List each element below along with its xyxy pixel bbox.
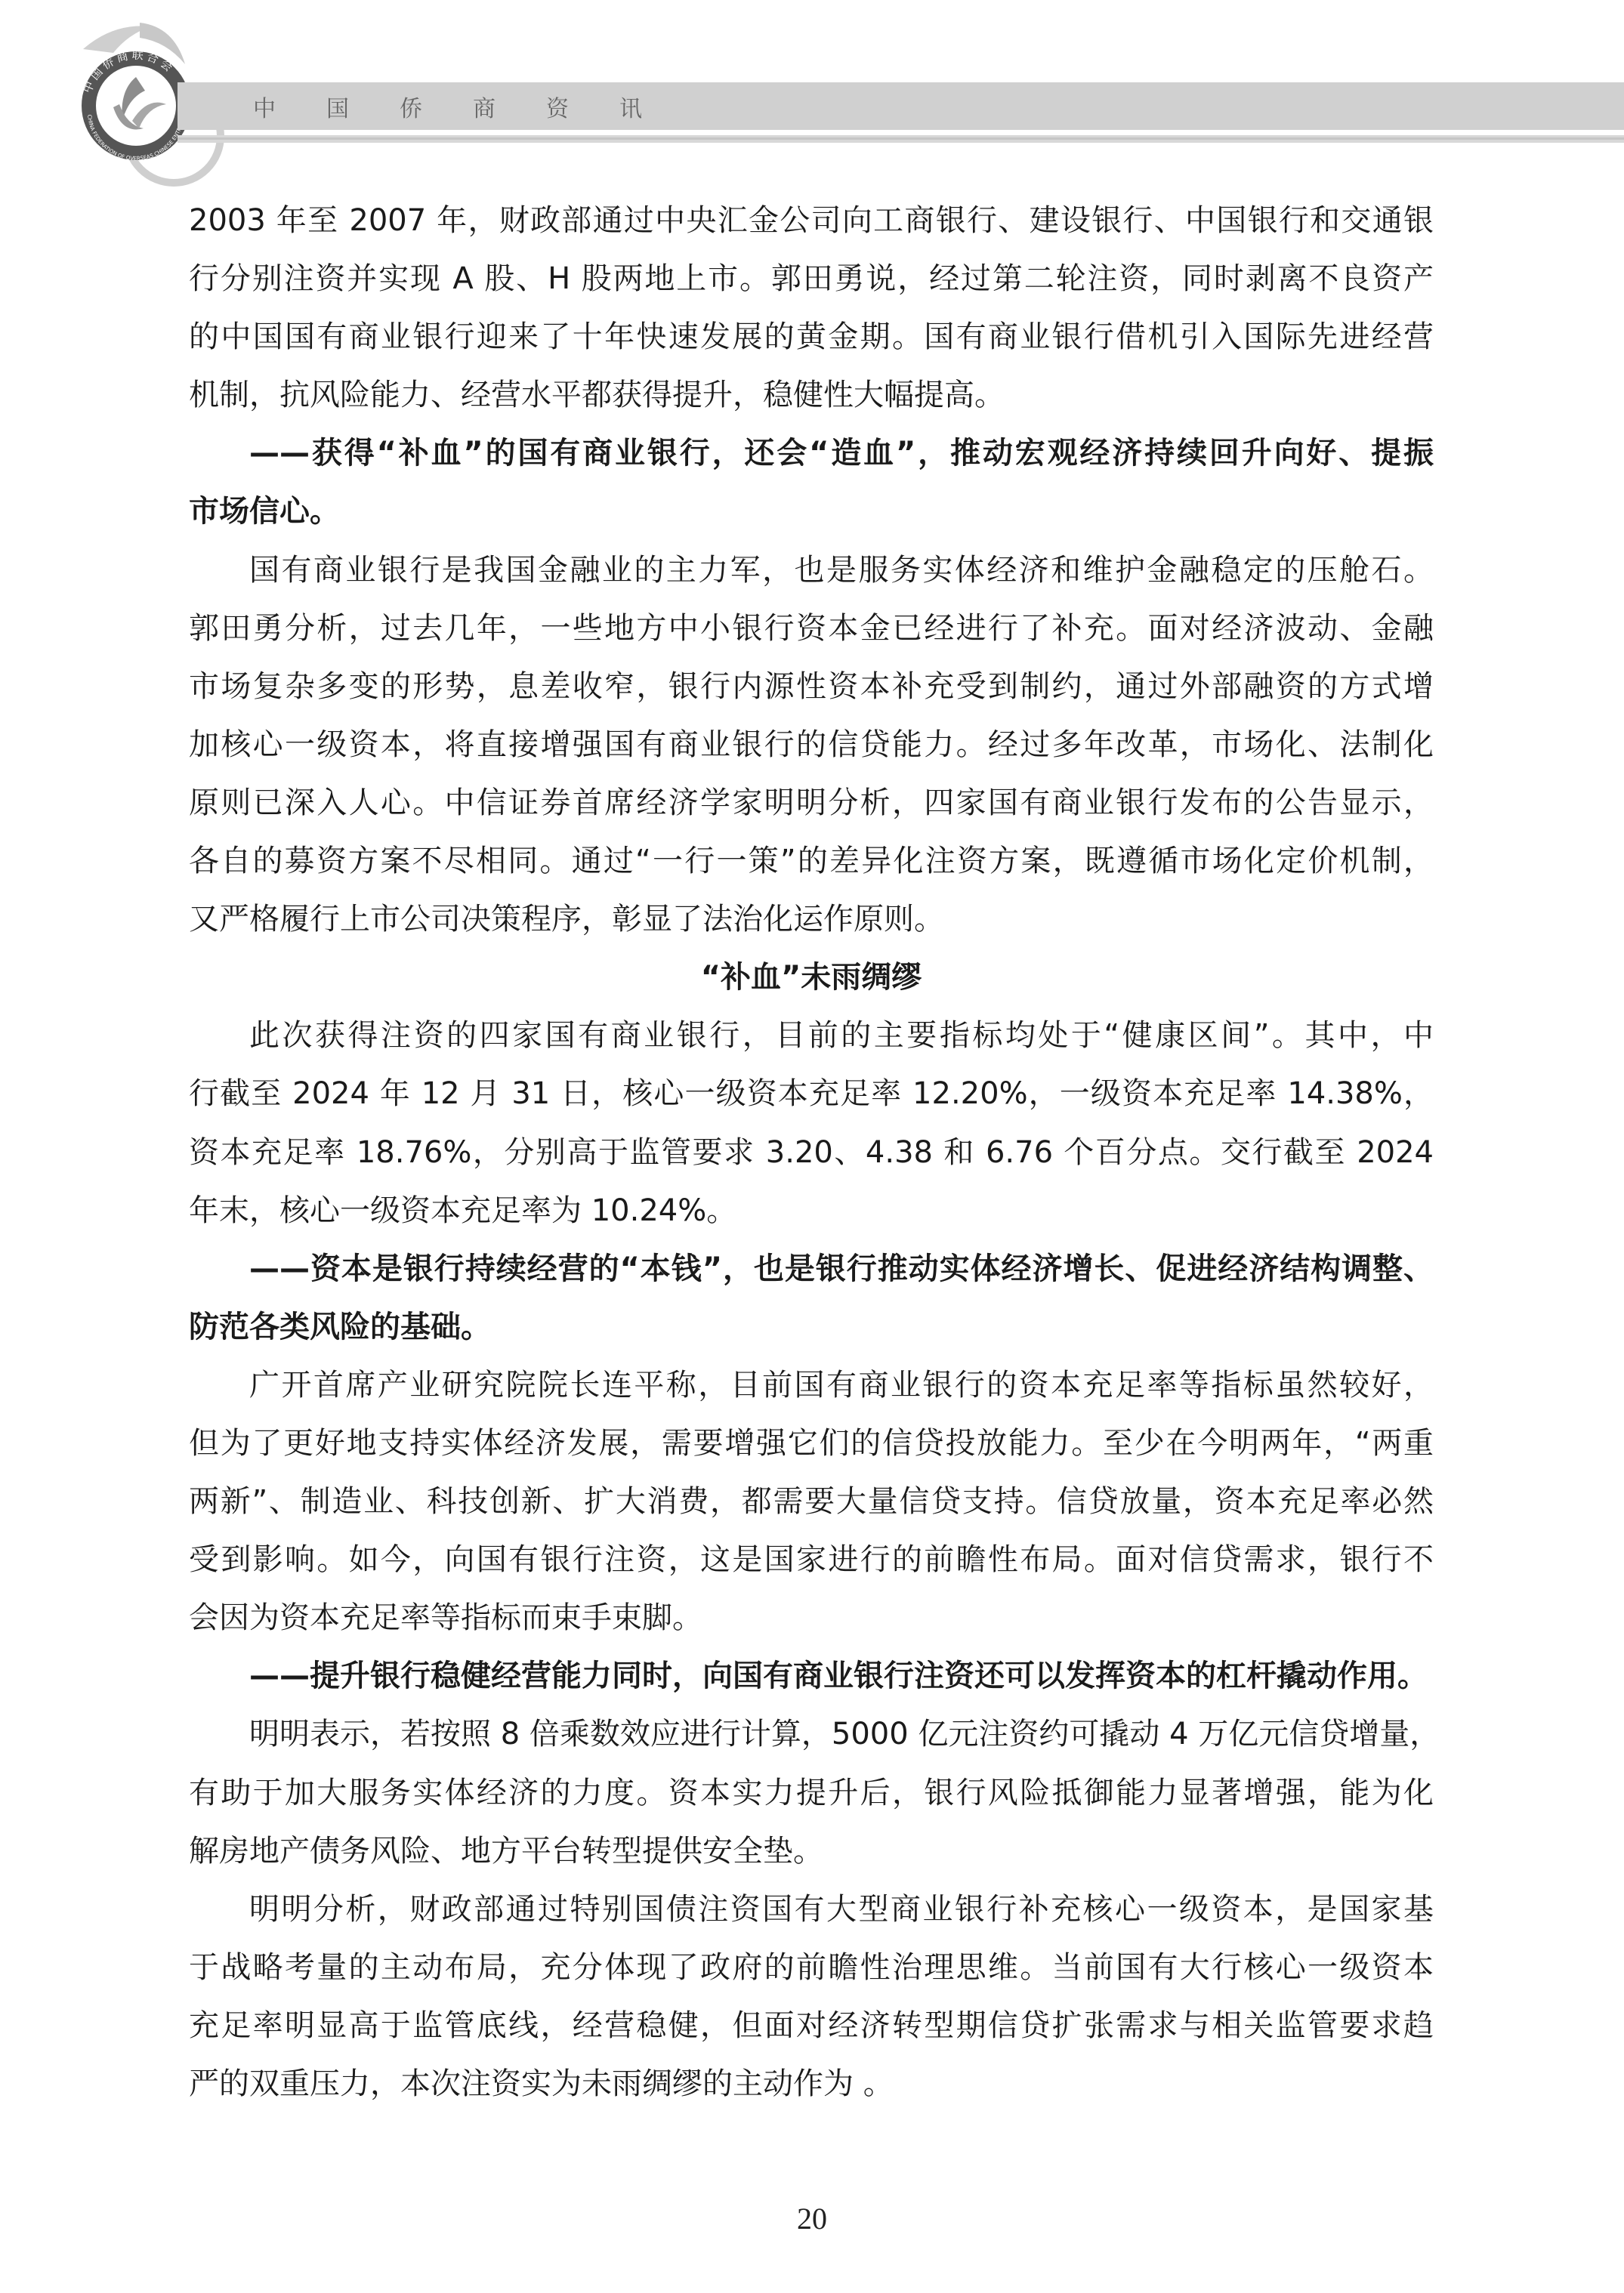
- title-char: 侨: [400, 90, 473, 123]
- bold-lead-paragraph: ——提升银行稳健经营能力同时，向国有商业银行注资还可以发挥资本的杠杆撬动作用。: [189, 1659, 1434, 1717]
- paragraph: 2003 年至 2007 年，财政部通过中央汇金公司向工商银行、建设银行、中国银…: [189, 204, 1434, 437]
- bold-lead-paragraph: ——获得“补血”的国有商业银行，还会“造血”，推动宏观经济持续回升向好、提振市场…: [189, 437, 1434, 553]
- text-line: 原则已深入人心。中信证券首席经济学家明明分析，四家国有商业银行发布的公告显示，: [189, 786, 1434, 844]
- text-line: 各自的募资方案不尽相同。通过“一行一策”的差异化注资方案，既遵循市场化定价机制，: [189, 844, 1434, 903]
- paragraph: 明明表示，若按照 8 倍乘数效应进行计算，5000 亿元注资约可撬动 4 万亿元…: [189, 1717, 1434, 1892]
- text-line: ——提升银行稳健经营能力同时，向国有商业银行注资还可以发挥资本的杠杆撬动作用。: [189, 1659, 1434, 1717]
- text-line: 加核心一级资本，将直接增强国有商业银行的信贷能力。经过多年改革，市场化、法制化: [189, 728, 1434, 786]
- paragraph: 此次获得注资的四家国有商业银行，目前的主要指标均处于“健康区间”。其中，中行截至…: [189, 1019, 1434, 1251]
- text-line: 的中国国有商业银行迎来了十年快速发展的黄金期。国有商业银行借机引入国际先进经营: [189, 320, 1434, 378]
- text-line: 两新”、制造业、科技创新、扩大消费，都需要大量信贷支持。信贷放量，资本充足率必然: [189, 1485, 1434, 1543]
- text-line: 2003 年至 2007 年，财政部通过中央汇金公司向工商银行、建设银行、中国银…: [189, 204, 1434, 262]
- text-line: 机制，抗风险能力、经营水平都获得提升，稳健性大幅提高。: [189, 378, 1434, 437]
- text-line: 此次获得注资的四家国有商业银行，目前的主要指标均处于“健康区间”。其中，中: [189, 1019, 1434, 1077]
- publication-title: 中 国 侨 商 资 讯: [253, 86, 693, 127]
- text-line: 明明分析，财政部通过特别国债注资国有大型商业银行补充核心一级资本，是国家基: [189, 1893, 1434, 1951]
- text-line: 国有商业银行是我国金融业的主力军，也是服务实体经济和维护金融稳定的压舱石。: [189, 554, 1434, 612]
- text-line: ——获得“补血”的国有商业银行，还会“造血”，推动宏观经济持续回升向好、提振: [189, 437, 1434, 495]
- paragraph: 广开首席产业研究院院长连平称，目前国有商业银行的资本充足率等指标虽然较好，但为了…: [189, 1369, 1434, 1659]
- title-char: 国: [326, 90, 400, 123]
- text-line: 解房地产债务风险、地方平台转型提供安全垫。: [189, 1835, 1434, 1893]
- page-number: 20: [0, 2201, 1624, 2236]
- text-line: 明明表示，若按照 8 倍乘数效应进行计算，5000 亿元注资约可撬动 4 万亿元…: [189, 1717, 1434, 1776]
- text-line: 行分别注资并实现 A 股、H 股两地上市。郭田勇说，经过第二轮注资，同时剥离不良…: [189, 262, 1434, 320]
- text-line: 会因为资本充足率等指标而束手束脚。: [189, 1601, 1434, 1659]
- text-line: 行截至 2024 年 12 月 31 日，核心一级资本充足率 12.20%，一级…: [189, 1077, 1434, 1135]
- title-char: 资: [546, 90, 619, 123]
- title-char: 中: [253, 90, 326, 123]
- text-line: 但为了更好地支持实体经济发展，需要增强它们的信贷投放能力。至少在今明两年，“两重: [189, 1427, 1434, 1485]
- text-line: 严的双重压力，本次注资实为未雨绸缪的主动作为 。: [189, 2067, 1434, 2125]
- text-line: 于战略考量的主动布局，充分体现了政府的前瞻性治理思维。当前国有大行核心一级资本: [189, 1951, 1434, 2009]
- title-char: 讯: [619, 90, 693, 123]
- text-line: 广开首席产业研究院院长连平称，目前国有商业银行的资本充足率等指标虽然较好，: [189, 1369, 1434, 1427]
- section-heading: “补血”未雨绸缪: [189, 961, 1434, 1019]
- text-line: 郭田勇分析，过去几年，一些地方中小银行资本金已经进行了补充。面对经济波动、金融: [189, 612, 1434, 670]
- text-line: 年末，核心一级资本充足率为 10.24%。: [189, 1194, 1434, 1252]
- text-line: 市场复杂多变的形势，息差收窄，银行内源性资本补充受到制约，通过外部融资的方式增: [189, 670, 1434, 728]
- text-line: 有助于加大服务实体经济的力度。资本实力提升后，银行风险抵御能力显著增强，能为化: [189, 1776, 1434, 1835]
- title-char: 商: [473, 90, 546, 123]
- paragraph: 明明分析，财政部通过特别国债注资国有大型商业银行补充核心一级资本，是国家基于战略…: [189, 1893, 1434, 2125]
- text-line: 防范各类风险的基础。: [189, 1310, 1434, 1369]
- header-divider: [178, 135, 1624, 143]
- text-line: 又严格履行上市公司决策程序，彰显了法治化运作原则。: [189, 903, 1434, 961]
- text-line: 受到影响。如今，向国有银行注资，这是国家进行的前瞻性布局。面对信贷需求，银行不: [189, 1543, 1434, 1601]
- paragraph: 国有商业银行是我国金融业的主力军，也是服务实体经济和维护金融稳定的压舱石。郭田勇…: [189, 554, 1434, 961]
- text-line: 市场信心。: [189, 495, 1434, 553]
- text-line: “补血”未雨绸缪: [189, 961, 1434, 1019]
- bold-lead-paragraph: ——资本是银行持续经营的“本钱”，也是银行推动实体经济增长、促进经济结构调整、防…: [189, 1252, 1434, 1369]
- text-line: 充足率明显高于监管底线，经营稳健，但面对经济转型期信贷扩张需求与相关监管要求趋: [189, 2009, 1434, 2067]
- article-body: 2003 年至 2007 年，财政部通过中央汇金公司向工商银行、建设银行、中国银…: [189, 204, 1434, 2125]
- text-line: ——资本是银行持续经营的“本钱”，也是银行推动实体经济增长、促进经济结构调整、: [189, 1252, 1434, 1310]
- text-line: 资本充足率 18.76%，分别高于监管要求 3.20、4.38 和 6.76 个…: [189, 1136, 1434, 1194]
